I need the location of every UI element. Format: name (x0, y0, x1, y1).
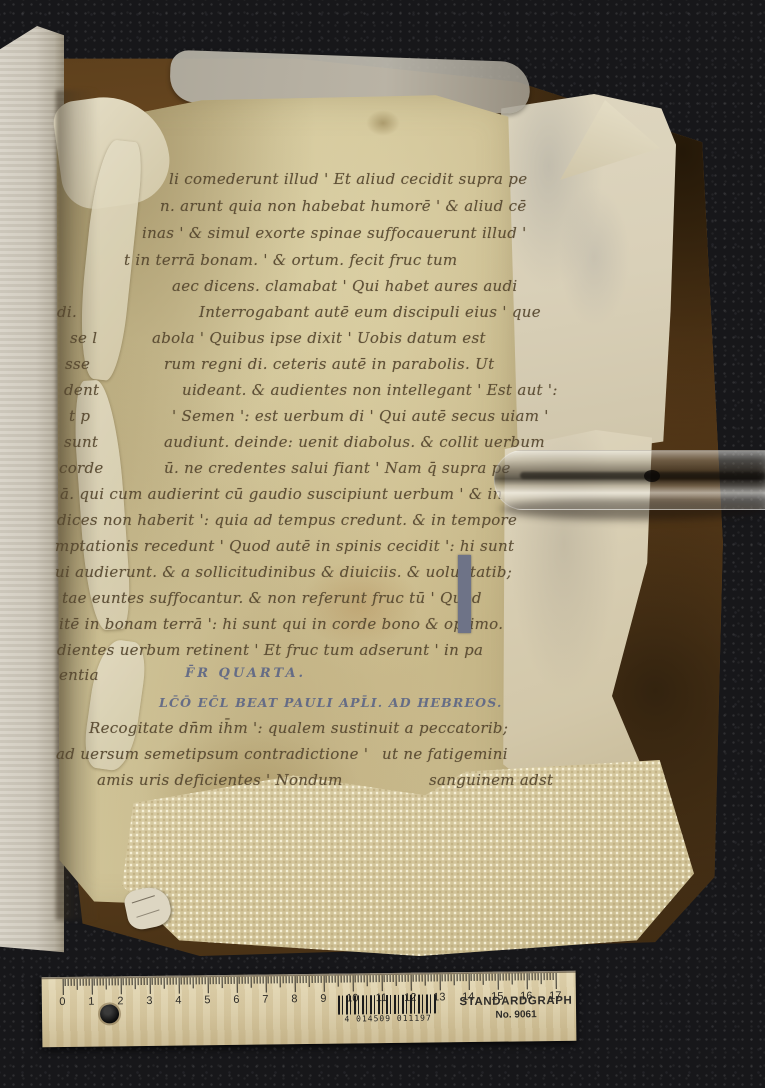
manuscript-text-run: LC̄Ō EC̄L BEAT PAULI APL̄I. AD HEBREOS. (159, 695, 503, 710)
ruler-number: 2 (117, 995, 123, 1007)
manuscript-text-run: ā. qui cum audierint cū gaudio suscipiun… (60, 485, 503, 503)
manuscript-text-run: t in terrā bonam. ' & ortum. fecit fruc … (124, 251, 457, 269)
manuscript-text-run: abola ' Quibus ipse dixit ' Uobis datum … (152, 329, 486, 347)
manuscript-text-run: dent (64, 381, 99, 399)
manuscript-text-run: dientes uerbum retinent ' Et fruc tum ad… (57, 641, 483, 659)
ruler-number: 6 (233, 994, 239, 1006)
manuscript-text-run: itē in bonam terrā ': hi sunt qui in cor… (59, 615, 503, 633)
ruler-number: 3 (146, 995, 152, 1007)
manuscript-text-run: di. (57, 303, 77, 321)
ruler-number: 8 (291, 993, 297, 1005)
manuscript-text-run: se l (70, 329, 97, 347)
manuscript-text-block: li comederunt illud ' Et aliud cecidit s… (52, 0, 552, 860)
manuscript-text-run: aec dicens. clamabat ' Qui habet aures a… (172, 277, 518, 295)
manuscript-text-run: amis uris deficientes ' Nondum (97, 771, 343, 789)
ruler-model-number: No. 9061 (446, 1009, 586, 1022)
ruler-number: 5 (204, 994, 210, 1006)
manuscript-text-run: Interrogabant autē eum discipuli eius ' … (199, 303, 541, 321)
margin-highlight-bar (458, 555, 471, 633)
barcode-bars (338, 994, 438, 1014)
manuscript-text-run: ut ne fatigemini (382, 745, 508, 763)
ruler-hanging-hole (100, 1004, 119, 1023)
manuscript-text-run: mptationis recedunt ' Quod autē in spini… (55, 537, 514, 555)
ruler-brand-name: STANDARDGRAPH (446, 995, 586, 1009)
manuscript-text-run: audiunt. deinde: uenit diabolus. & colli… (164, 433, 545, 451)
manuscript-text-run: entia (59, 666, 99, 684)
barcode-digits: 4 014509 011197 (338, 1013, 438, 1023)
ruler-barcode: 4 014509 011197 (338, 994, 438, 1027)
manuscript-text-run: ' Semen ': est uerbum di ' Qui autē secu… (172, 407, 549, 425)
manuscript-text-run: t p (69, 407, 90, 425)
ruler-number: 1 (88, 996, 94, 1008)
manuscript-text-run: sunt (64, 433, 98, 451)
manuscript-text-run: n. arunt quia non habebat humorē ' & ali… (160, 197, 527, 215)
manuscript-text-run: sse (65, 355, 90, 373)
ruler-number: 7 (262, 993, 268, 1005)
manuscript-text-run: inas ' & simul exorte spinae suffocaueru… (142, 224, 527, 242)
ruler-brand-block: STANDARDGRAPH No. 9061 (446, 995, 586, 1022)
photo-stage: li comederunt illud ' Et aliud cecidit s… (0, 0, 765, 1088)
manuscript-text-run: tae euntes suffocantur. & non referunt f… (62, 589, 482, 607)
manuscript-text-run: corde (59, 459, 104, 477)
ruler-number: 4 (175, 995, 181, 1007)
manuscript-text-run: rum regni di. ceteris autē in parabolis.… (164, 355, 494, 373)
manuscript-text-run: F̄R QUARTA. (185, 666, 306, 681)
manuscript-text-run: ad uersum semetipsum contradictione ' (56, 745, 368, 763)
manuscript-text-run: ui audierunt. & a sollicitudinibus & diu… (55, 563, 512, 581)
measuring-ruler: 01234567891011121314151617 4 014509 0111… (42, 971, 577, 1048)
manuscript-text-run: Recogitate dn̄m ih̄m ': qualem sustinuit… (89, 719, 508, 737)
manuscript-text-run: uideant. & audientes non intellegant ' E… (182, 381, 558, 399)
manuscript-text-run: li comederunt illud ' Et aliud cecidit s… (169, 170, 527, 188)
manuscript-text-run: ū. ne credentes salui fiant ' Nam q̄ sup… (164, 459, 511, 477)
manuscript-text-run: sanguinem adst (429, 771, 553, 789)
glass-rod-dark-spot (644, 470, 660, 482)
manuscript-text-run: dices non haberit ': quia ad tempus cred… (57, 511, 517, 529)
ruler-number: 0 (59, 996, 65, 1008)
glass-rod-core-reflection (520, 472, 765, 479)
ruler-number: 9 (320, 993, 326, 1005)
glass-rod-page-weight (494, 450, 765, 510)
